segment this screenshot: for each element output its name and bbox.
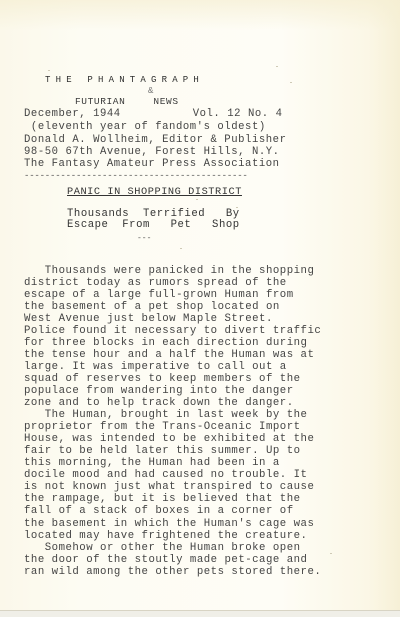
horizontal-rule: ----------------------------------------… [24, 170, 248, 183]
masthead-title: THE PHANTAGRAPH [45, 74, 204, 87]
article-headline: PANIC IN SHOPPING DISTRICT [67, 186, 242, 199]
article-separator: --- [137, 232, 151, 245]
paper-page: THE PHANTAGRAPH & FUTURIANNEWS December,… [0, 0, 400, 612]
issue-date: December, 1944 [24, 108, 121, 120]
body-line: ran wild among the other pets stored the… [24, 566, 321, 579]
paper-aging-tint [0, 0, 400, 30]
article-subhead-line: Escape From Pet Shop [67, 219, 240, 232]
masthead-subtitle-right: NEWS [153, 96, 178, 107]
masthead-subtitle-left: FUTURIAN [75, 96, 125, 107]
issue-tagline: (eleventh year of fandom's oldest) [24, 121, 266, 134]
masthead-subtitle: FUTURIANNEWS [75, 95, 179, 108]
page-bottom-edge [0, 610, 400, 617]
issue-volume: Vol. 12 No. 4 [193, 108, 283, 120]
issue-line: December, 1944Vol. 12 No. 4 [24, 108, 283, 121]
body-line: fall of a stack of boxes in a corner of [24, 505, 294, 518]
